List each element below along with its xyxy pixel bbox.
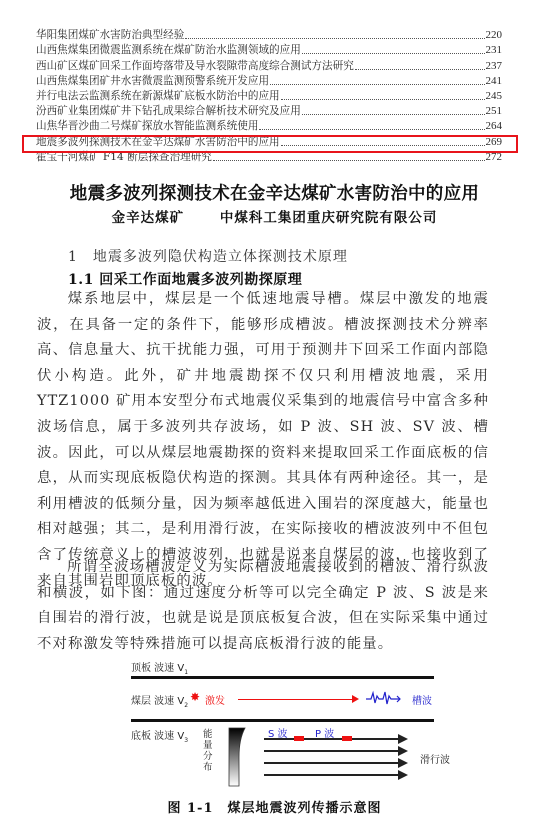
source-label: 激发 — [205, 692, 225, 707]
subsection-heading: 1.1 回采工作面地震多波列勘探原理 — [68, 269, 302, 289]
article-authors: 金辛达煤矿 中煤科工集团重庆研究院有限公司 — [0, 206, 549, 226]
leader-dots — [270, 83, 484, 85]
explosion-icon: ✸ — [190, 690, 200, 704]
leader-dots — [185, 37, 484, 39]
head-wave-label: 滑行波 — [420, 751, 450, 766]
energy-distribution-label: 能量分布 — [203, 729, 213, 773]
floor-boundary-line — [131, 719, 434, 722]
toc-entry[interactable]: 山西焦煤集团微震监测系统在煤矿防治水监测领域的应用231 — [36, 42, 502, 57]
arrowhead-icon — [398, 770, 408, 780]
energy-gradient-icon — [228, 727, 246, 787]
source-ray-line — [238, 699, 353, 700]
toc-entry[interactable]: 山西焦煤集团矿井水害微震监测预警系统开发应用241 — [36, 73, 502, 88]
arrowhead-icon — [398, 758, 408, 768]
floor-label: 底板 波速 V3 — [131, 727, 188, 744]
head-wave-ray — [264, 774, 399, 776]
toc-entry[interactable]: 山焦华晋沙曲二号煤矿探放水智能监测系统使用264 — [36, 118, 502, 133]
toc-entry[interactable]: 并行电法云监测系统在新源煤矿底板水防治中的应用245 — [36, 88, 502, 103]
head-wave-ray — [264, 762, 399, 764]
roof-boundary-line — [131, 676, 434, 679]
head-wave-ray — [264, 738, 399, 740]
p-wave-marker-icon — [342, 736, 352, 741]
toc-entry[interactable]: 西山矿区煤矿回采工作面垮落带及导水裂隙带高度综合测试方法研究237 — [36, 57, 502, 72]
coal-seam-label: 煤层 波速 V2 — [131, 692, 188, 709]
s-wave-marker-icon — [294, 736, 304, 741]
waveform-icon — [366, 690, 410, 706]
wave-propagation-diagram: 顶板 波速 V1 煤层 波速 V2 ✸ 激发 槽波 底板 波速 V3 能量分布 … — [128, 657, 468, 777]
head-wave-ray — [264, 750, 399, 752]
section-heading: 1 地震多波列隐伏构造立体探测技术原理 — [68, 246, 348, 266]
leader-dots — [281, 98, 485, 100]
paragraph: 煤系地层中，煤层是一个低速地震导槽。煤层中激发的地震波，在具备一定的条件下，能够… — [37, 287, 489, 594]
paragraph: 所谓全波场槽波定义为实际槽波地震接收到的槽波、滑行纵波和横波，如下图：通过速度分… — [37, 555, 489, 657]
toc-entry[interactable]: 华阳集团煤矿水害防治典型经验220 — [36, 27, 502, 42]
highlight-box — [22, 135, 518, 153]
leader-dots — [213, 159, 485, 161]
toc-entry[interactable]: 汾西矿业集团煤矿井下钻孔成果综合解析技术研究及应用251 — [36, 103, 502, 118]
leader-dots — [355, 68, 485, 70]
leader-dots — [302, 113, 485, 115]
arrowhead-icon — [398, 734, 408, 744]
article-title: 地震多波列探测技术在金辛达煤矿水害防治中的应用 — [0, 180, 549, 205]
figure-caption: 图 1-1 煤层地震波列传播示意图 — [0, 797, 549, 816]
leader-dots — [259, 128, 484, 130]
channel-wave-label: 槽波 — [412, 692, 432, 707]
leader-dots — [302, 52, 485, 54]
roof-label: 顶板 波速 V1 — [131, 659, 188, 676]
arrowhead-icon — [352, 695, 359, 703]
arrowhead-icon — [398, 746, 408, 756]
